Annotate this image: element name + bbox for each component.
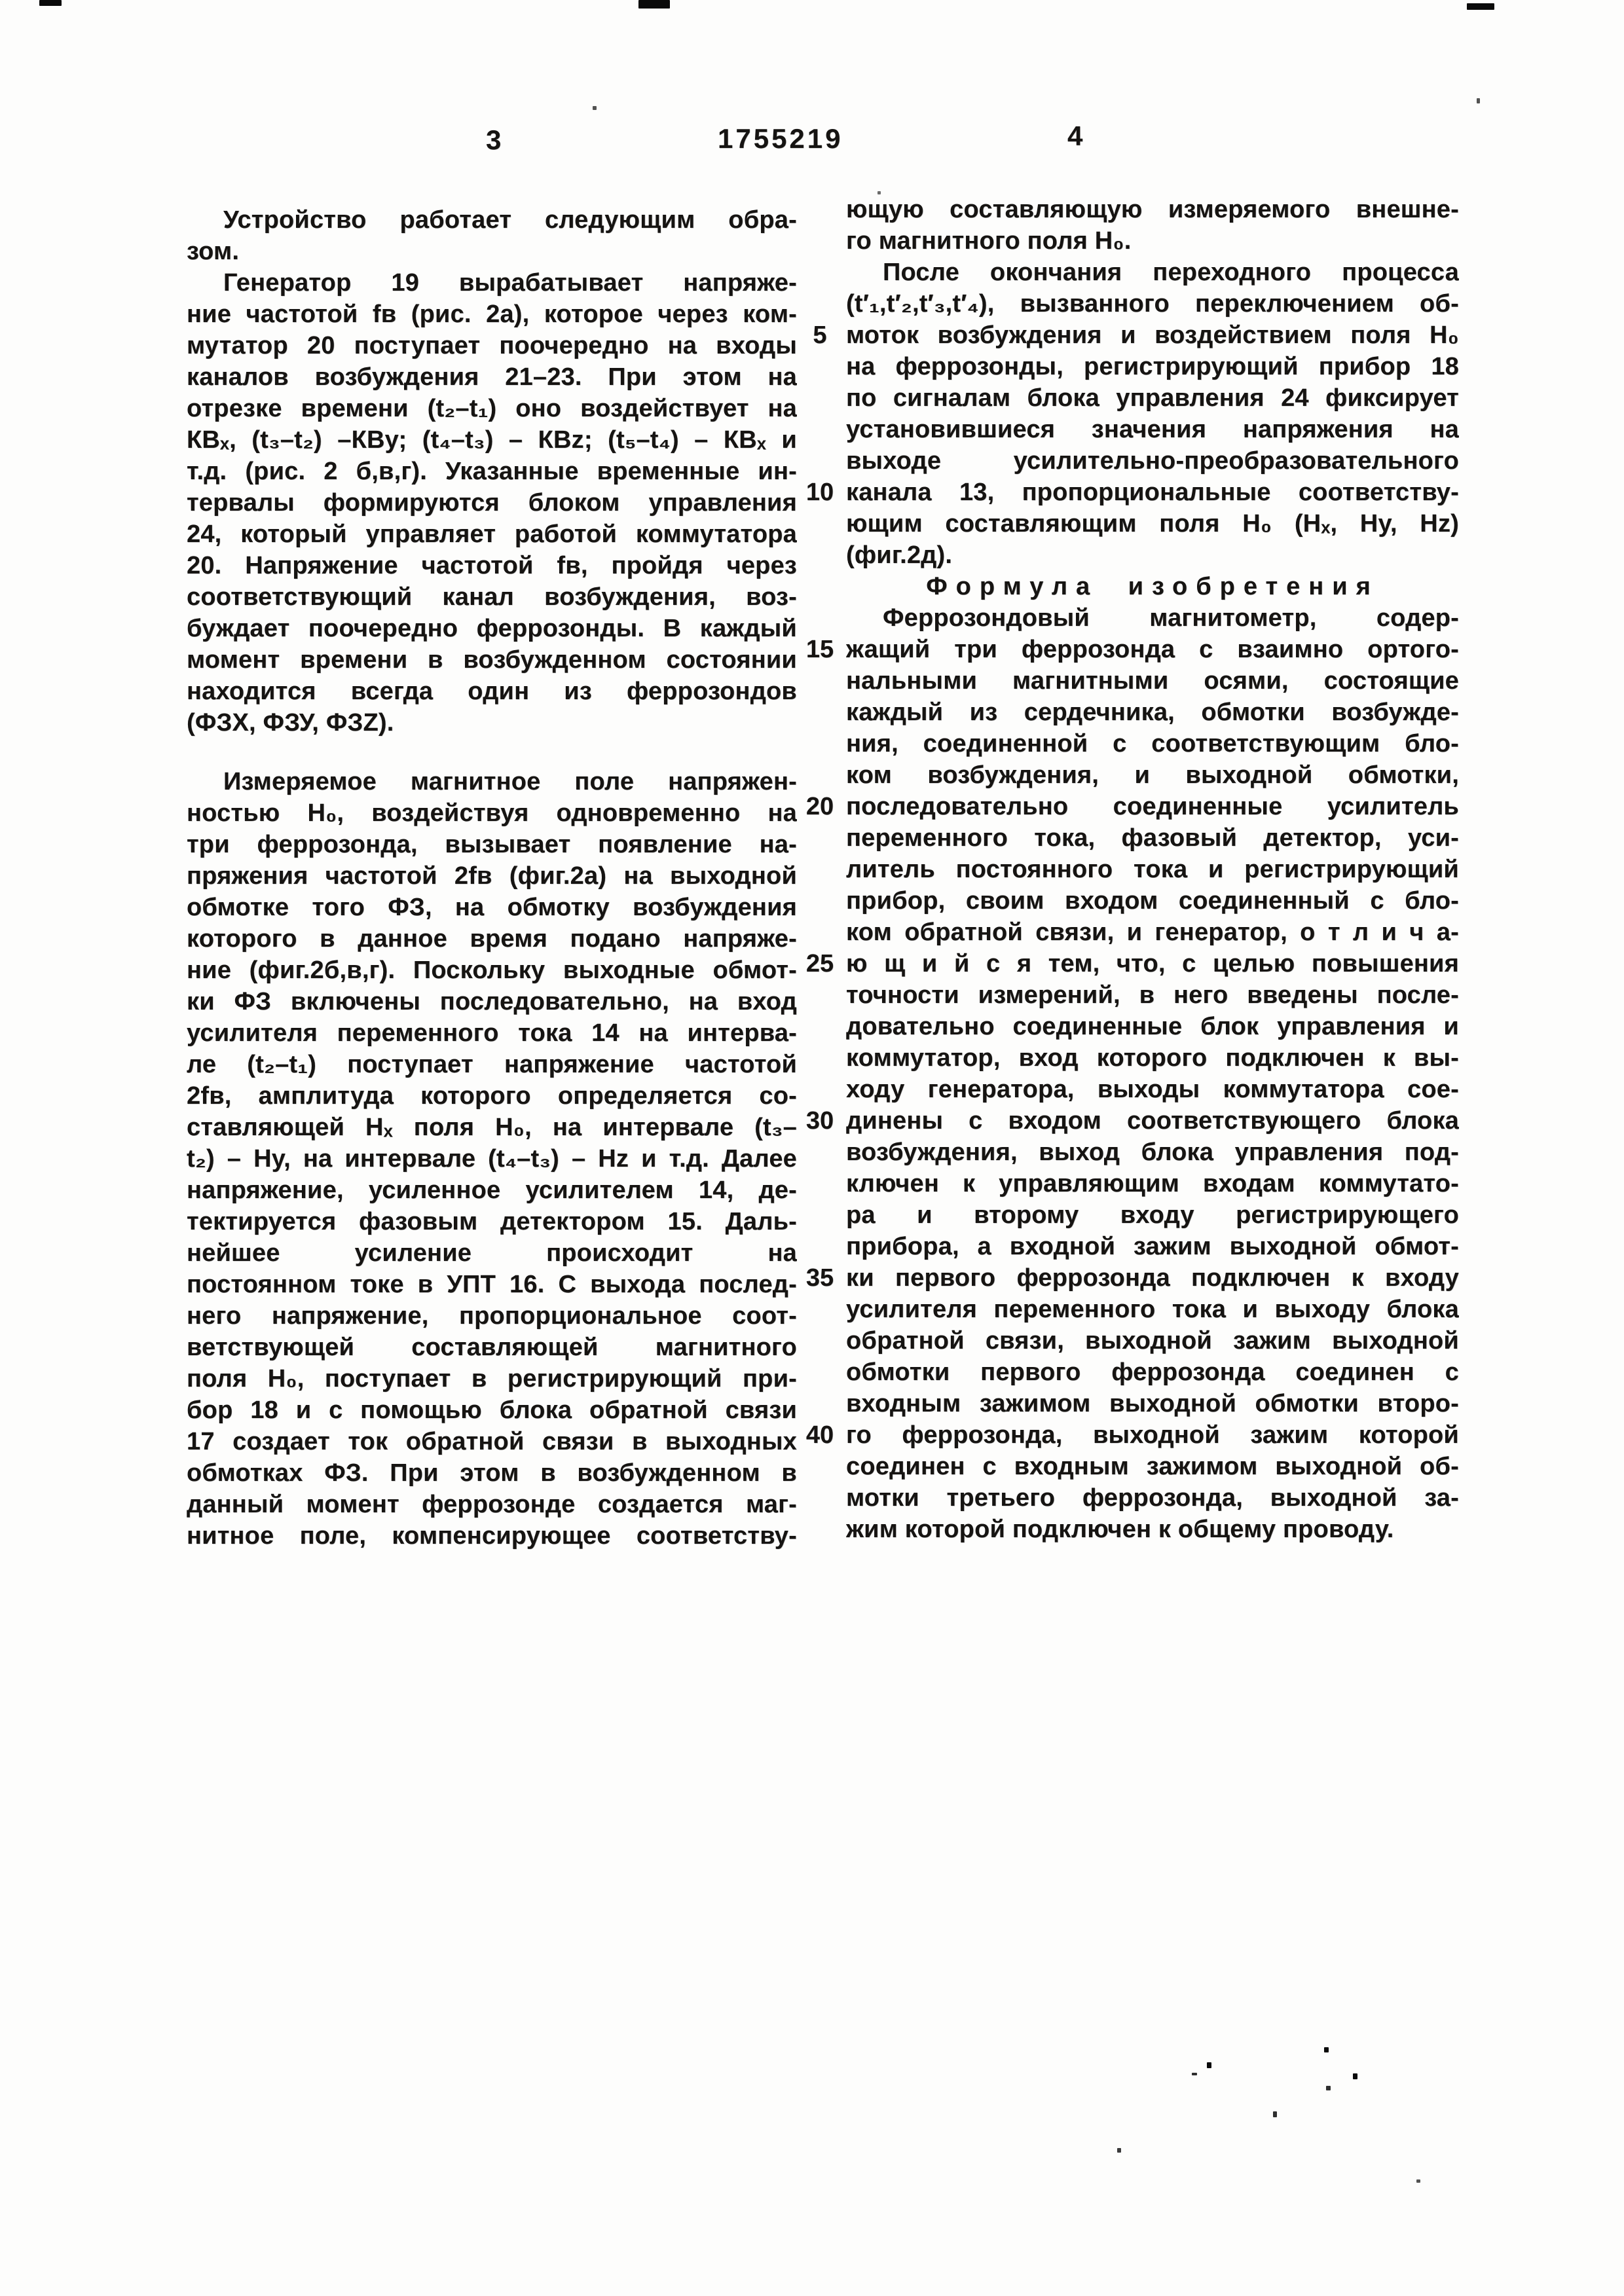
text-line: т.д. (рис. 2 б,в,г). Указанные временные… <box>187 456 797 487</box>
text-line: (t′₁,t′₂,t′₃,t′₄), вызванного переключен… <box>846 288 1459 319</box>
text-line: данный момент феррозонде создается маг- <box>187 1489 797 1520</box>
text-line: ние (фиг.2б,в,г). Поскольку выходные обм… <box>187 955 797 986</box>
text-line: по сигналам блока управления 24 фиксируе… <box>846 382 1459 414</box>
text-line: возбуждения, выход блока управления под- <box>846 1137 1459 1168</box>
text-line: моток возбуждения и воздействием поля Н₀ <box>846 319 1459 351</box>
scan-artifact <box>1416 2179 1420 2183</box>
text-line: каждый из сердечника, обмотки возбужде- <box>846 697 1459 728</box>
text-line: Феррозондовый магнитометр, содер- <box>846 602 1459 634</box>
text-line: тектируется фазовым детектором 15. Даль- <box>187 1206 797 1237</box>
text-line: t₂) – Ну, на интервале (t₄–t₃) – Нz и т.… <box>187 1143 797 1175</box>
text-line: обмотки первого феррозонда соединен с <box>846 1357 1459 1388</box>
scan-artifact <box>1192 2073 1197 2075</box>
text-line: постоянном токе в УПТ 16. С выхода после… <box>187 1269 797 1300</box>
text-line: динены с входом соответствующего блока <box>846 1105 1459 1137</box>
text-line: жащий три феррозонда с взаимно ортого- <box>846 634 1459 665</box>
left-column: Устройство работает следующим обра-зом.Г… <box>187 204 797 1552</box>
text-line: коммутатор, вход которого подключен к вы… <box>846 1042 1459 1074</box>
text-line: отрезке времени (t₂–t₁) оно воздействует… <box>187 393 797 424</box>
text-line: жим которой подключен к общему проводу. <box>846 1514 1459 1545</box>
page-number-right: 4 <box>1067 120 1084 152</box>
text-line: канала 13, пропорциональные соответству- <box>846 477 1459 508</box>
text-line: го магнитного поля Н₀. <box>846 225 1459 257</box>
text-line: (фиг.2д). <box>846 539 1459 571</box>
text-line: 20. Напряжение частотой fв, пройдя через <box>187 550 797 581</box>
text-line: момент времени в возбужденном состоянии <box>187 644 797 676</box>
text-line: ние частотой fв (рис. 2а), которое через… <box>187 299 797 330</box>
line-number: 25 <box>792 948 847 979</box>
text-line: переменного тока, фазовый детектор, уси- <box>846 822 1459 854</box>
text-line: ком возбуждения, и выходной обмотки, <box>846 759 1459 791</box>
scan-artifact <box>1273 2111 1277 2117</box>
text-line: на феррозонды, регистрирующий прибор 18 <box>846 351 1459 382</box>
text-line: соединен с входным зажимом выходной об- <box>846 1451 1459 1482</box>
text-line: пряжения частотой 2fв (фиг.2а) на выходн… <box>187 860 797 892</box>
text-line: нитное поле, компенсирующее соответству- <box>187 1520 797 1552</box>
scan-artifact <box>1477 98 1480 103</box>
text-line: нальными магнитными осями, состоящие <box>846 665 1459 697</box>
text-line: довательно соединенные блок управления и <box>846 1011 1459 1042</box>
text-line: После окончания переходного процесса <box>846 257 1459 288</box>
text-line: ющим составляющим поля Н₀ (Нₓ, Ну, Нz) <box>846 508 1459 539</box>
text-line: Генератор 19 вырабатывает напряже- <box>187 267 797 299</box>
text-line: мутатор 20 поступает поочередно на входы <box>187 330 797 361</box>
scan-artifact <box>1207 2062 1211 2068</box>
scan-artifact <box>1467 3 1494 10</box>
text-line: ставляющей Нₓ поля Н₀, на интервале (t₃– <box>187 1112 797 1143</box>
text-line: прибора, а входной зажим выходной обмот- <box>846 1231 1459 1262</box>
text-line: находится всегда один из феррозондов <box>187 676 797 707</box>
text-line: напряжение, усиленное усилителем 14, де- <box>187 1175 797 1206</box>
scan-artifact <box>1324 2047 1329 2052</box>
line-number-gutter: 510152025303540 <box>792 194 847 1634</box>
text-line: ющую составляющую измеряемого внешне- <box>846 194 1459 225</box>
text-line: ю щ и й с я тем, что, с целью повышения <box>846 948 1459 979</box>
text-line: соответствующий канал возбуждения, воз- <box>187 581 797 613</box>
text-line: Устройство работает следующим обра- <box>187 204 797 236</box>
text-line: ки первого феррозонда подключен к входу <box>846 1262 1459 1294</box>
text-line: тервалы формируются блоком управления <box>187 487 797 519</box>
text-line: установившиеся значения напряжения на <box>846 414 1459 445</box>
line-number: 30 <box>792 1105 847 1137</box>
text-line: прибор, своим входом соединенный с бло- <box>846 885 1459 917</box>
text-line: зом. <box>187 236 797 267</box>
text-line: три феррозонда, вызывает появление на- <box>187 829 797 860</box>
text-line: него напряжение, пропорциональное соот- <box>187 1300 797 1332</box>
text-line: точности измерений, в него введены после… <box>846 979 1459 1011</box>
text-line: ком обратной связи, и генератор, о т л и… <box>846 917 1459 948</box>
text-line: (ФЗХ, ФЗУ, ФЗZ). <box>187 707 797 738</box>
text-line: усилителя переменного тока и выходу блок… <box>846 1294 1459 1325</box>
scan-artifact <box>1117 2148 1121 2153</box>
page-number-left: 3 <box>486 124 502 156</box>
scan-artifact <box>39 0 62 6</box>
text-line: ностью Н₀, воздействуя одновременно на <box>187 797 797 829</box>
line-number: 20 <box>792 791 847 822</box>
line-number: 15 <box>792 634 847 665</box>
text-line: КВₓ, (t₃–t₂) –КВу; (t₄–t₃) – КВz; (t₅–t₄… <box>187 424 797 456</box>
text-line: мотки третьего феррозонда, выходной за- <box>846 1482 1459 1514</box>
text-line: ключен к управляющим входам коммутато- <box>846 1168 1459 1199</box>
scan-artifact <box>593 106 597 110</box>
text-line: ки ФЗ включены последовательно, на вход <box>187 986 797 1017</box>
text-line: ния, соединенной с соответствующим бло- <box>846 728 1459 759</box>
text-line: обратной связи, выходной зажим выходной <box>846 1325 1459 1357</box>
text-line: 17 создает ток обратной связи в выходных <box>187 1426 797 1457</box>
text-line: последовательно соединенные усилитель <box>846 791 1459 822</box>
text-line: каналов возбуждения 21–23. При этом на <box>187 361 797 393</box>
scan-artifact <box>1326 2086 1331 2090</box>
text-line: нейшее усиление происходит на <box>187 1237 797 1269</box>
text-line: обмотке того ФЗ, на обмотку возбуждения <box>187 892 797 923</box>
text-line: входным зажимом выходной обмотки второ- <box>846 1388 1459 1419</box>
line-number: 5 <box>792 319 847 351</box>
line-number: 40 <box>792 1419 847 1451</box>
text-line: обмотках ФЗ. При этом в возбужденном в <box>187 1457 797 1489</box>
scan-artifact <box>1353 2073 1357 2079</box>
text-line: 24, который управляет работой коммутатор… <box>187 519 797 550</box>
text-line: которого в данное время подано напряже- <box>187 923 797 955</box>
patent-document-page: 3 1755219 4 Устройство работает следующи… <box>0 0 1624 2296</box>
text-line: бор 18 и с помощью блока обратной связи <box>187 1394 797 1426</box>
text-line: 2fв, амплитуда которого определяется со- <box>187 1080 797 1112</box>
text-line: го феррозонда, выходной зажим которой <box>846 1419 1459 1451</box>
right-column: ющую составляющую измеряемого внешне-го … <box>846 194 1459 1545</box>
line-number: 35 <box>792 1262 847 1294</box>
line-number: 10 <box>792 477 847 508</box>
text-line: усилителя переменного тока 14 на интерва… <box>187 1017 797 1049</box>
text-line: поля Н₀, поступает в регистрирующий при- <box>187 1363 797 1394</box>
text-line: буждает поочередно феррозонды. В каждый <box>187 613 797 644</box>
claims-heading: Формула изобретения <box>846 571 1459 602</box>
text-line: ходу генератора, выходы коммутатора сое- <box>846 1074 1459 1105</box>
text-line: ветствующей составляющей магнитного <box>187 1332 797 1363</box>
scan-artifact <box>638 0 670 9</box>
patent-number: 1755219 <box>718 123 843 155</box>
text-line: ле (t₂–t₁) поступает напряжение частотой <box>187 1049 797 1080</box>
text-line: литель постоянного тока и регистрирующий <box>846 854 1459 885</box>
text-line: выходе усилительно-преобразовательного <box>846 445 1459 477</box>
text-line: ра и второму входу регистрирующего <box>846 1199 1459 1231</box>
text-line: Измеряемое магнитное поле напряжен- <box>187 766 797 797</box>
